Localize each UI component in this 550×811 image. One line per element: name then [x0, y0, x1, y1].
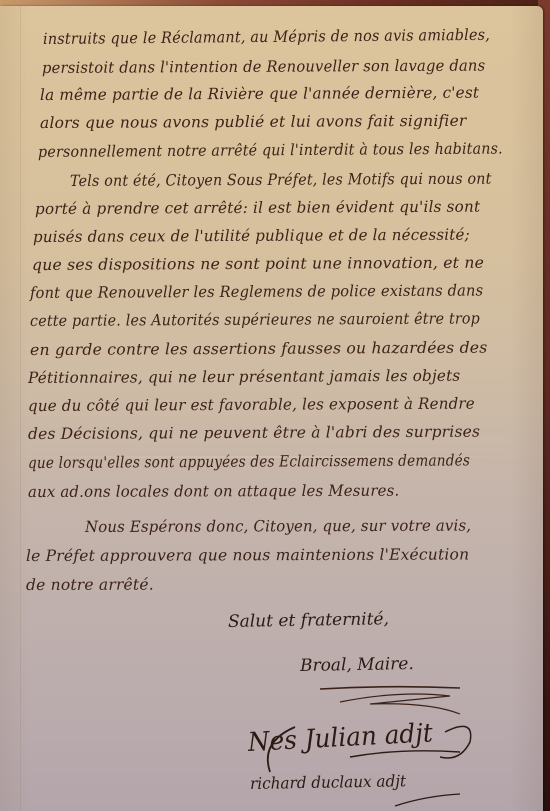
body-line-12: en garde contre les assertions fausses o… [30, 339, 488, 359]
body-line-14: que du côté qui leur est favorable, les … [28, 395, 475, 415]
body-line-10: font que Renouveller les Reglemens de po… [30, 281, 483, 302]
signature-adjoint-2: richard duclaux adjt [250, 771, 406, 793]
body-line-19: le Préfet approuvera que nous maintenion… [26, 545, 469, 565]
signature-mayor: Broal, Maire. [300, 654, 414, 676]
body-line-4: alors que nous avons publié et lui avons… [40, 112, 467, 132]
body-line-8: puisés dans ceux de l'utilité publique e… [33, 226, 470, 246]
paper-fold [20, 6, 21, 811]
body-line-11: cette partie. les Autorités supérieures … [30, 309, 480, 330]
closing-salutation: Salut et fraternité, [228, 609, 389, 632]
body-line-2: persistoit dans l'intention de Renouvell… [42, 57, 485, 77]
body-line-17: aux ad.ons locales dont on attaque les M… [28, 482, 399, 501]
signature-underline-icon [390, 790, 470, 810]
body-line-20: de notre arrêté. [26, 576, 154, 594]
body-line-9: que ses dispositions ne sont point une i… [32, 254, 484, 274]
body-line-5: personnellement notre arrêté qui l'inter… [38, 139, 503, 161]
body-line-3: la même partie de la Rivière que l'année… [40, 84, 479, 104]
body-line-6: Tels ont été, Citoyen Sous Préfet, les M… [70, 170, 492, 190]
body-line-16: que lorsqu'elles sont appuyées des Eclai… [28, 451, 470, 472]
body-line-18: Nous Espérons donc, Citoyen, que, sur vo… [85, 517, 471, 536]
body-line-13: Pétitionnaires, qui ne leur présentant j… [28, 367, 460, 387]
body-line-15: des Décisions, qui ne peuvent être à l'a… [28, 423, 480, 443]
body-line-7: porté à prendre cet arrêté: il est bien … [35, 198, 480, 218]
